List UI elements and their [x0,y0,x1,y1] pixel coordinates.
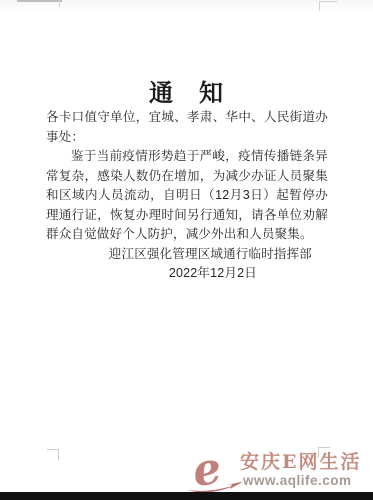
bottom-black-bar [0,492,373,500]
aqlife-e-logo-icon: e [185,444,247,496]
cutoff-ui-fragment-stub [59,0,60,7]
aqlife-watermark: e 安庆E网生活 www.aqlife.com [185,444,373,494]
notice-title: 通 知 [0,73,373,108]
notice-photo: 通 知 各卡口值守单位，宜城、孝肃、华中、人民街道办事处： 鉴于当前疫情形势趋于… [0,0,373,500]
watermark-site-name: 安庆E网生活 [240,447,361,474]
notice-recipients: 各卡口值守单位，宜城、孝肃、华中、人民街道办事处： [46,108,328,147]
page-corner-mark-top-right [319,1,337,11]
notice-body-text: 鉴于当前疫情形势趋于严峻，疫情传播链条异常复杂，感染人数仍在增加，为减少办证人员… [46,147,328,245]
page-corner-mark-bottom-left [47,449,59,460]
notice-body-block: 各卡口值守单位，宜城、孝肃、华中、人民街道办事处： 鉴于当前疫情形势趋于严峻，疫… [46,108,328,284]
notice-date: 2022年12月2日 [46,264,328,284]
cutoff-ui-fragment [17,0,62,2]
watermark-url: www.aqlife.com [243,473,352,488]
svg-text:e: e [190,444,225,496]
notice-signature: 迎江区强化管理区域通行临时指挥部 [46,245,328,265]
